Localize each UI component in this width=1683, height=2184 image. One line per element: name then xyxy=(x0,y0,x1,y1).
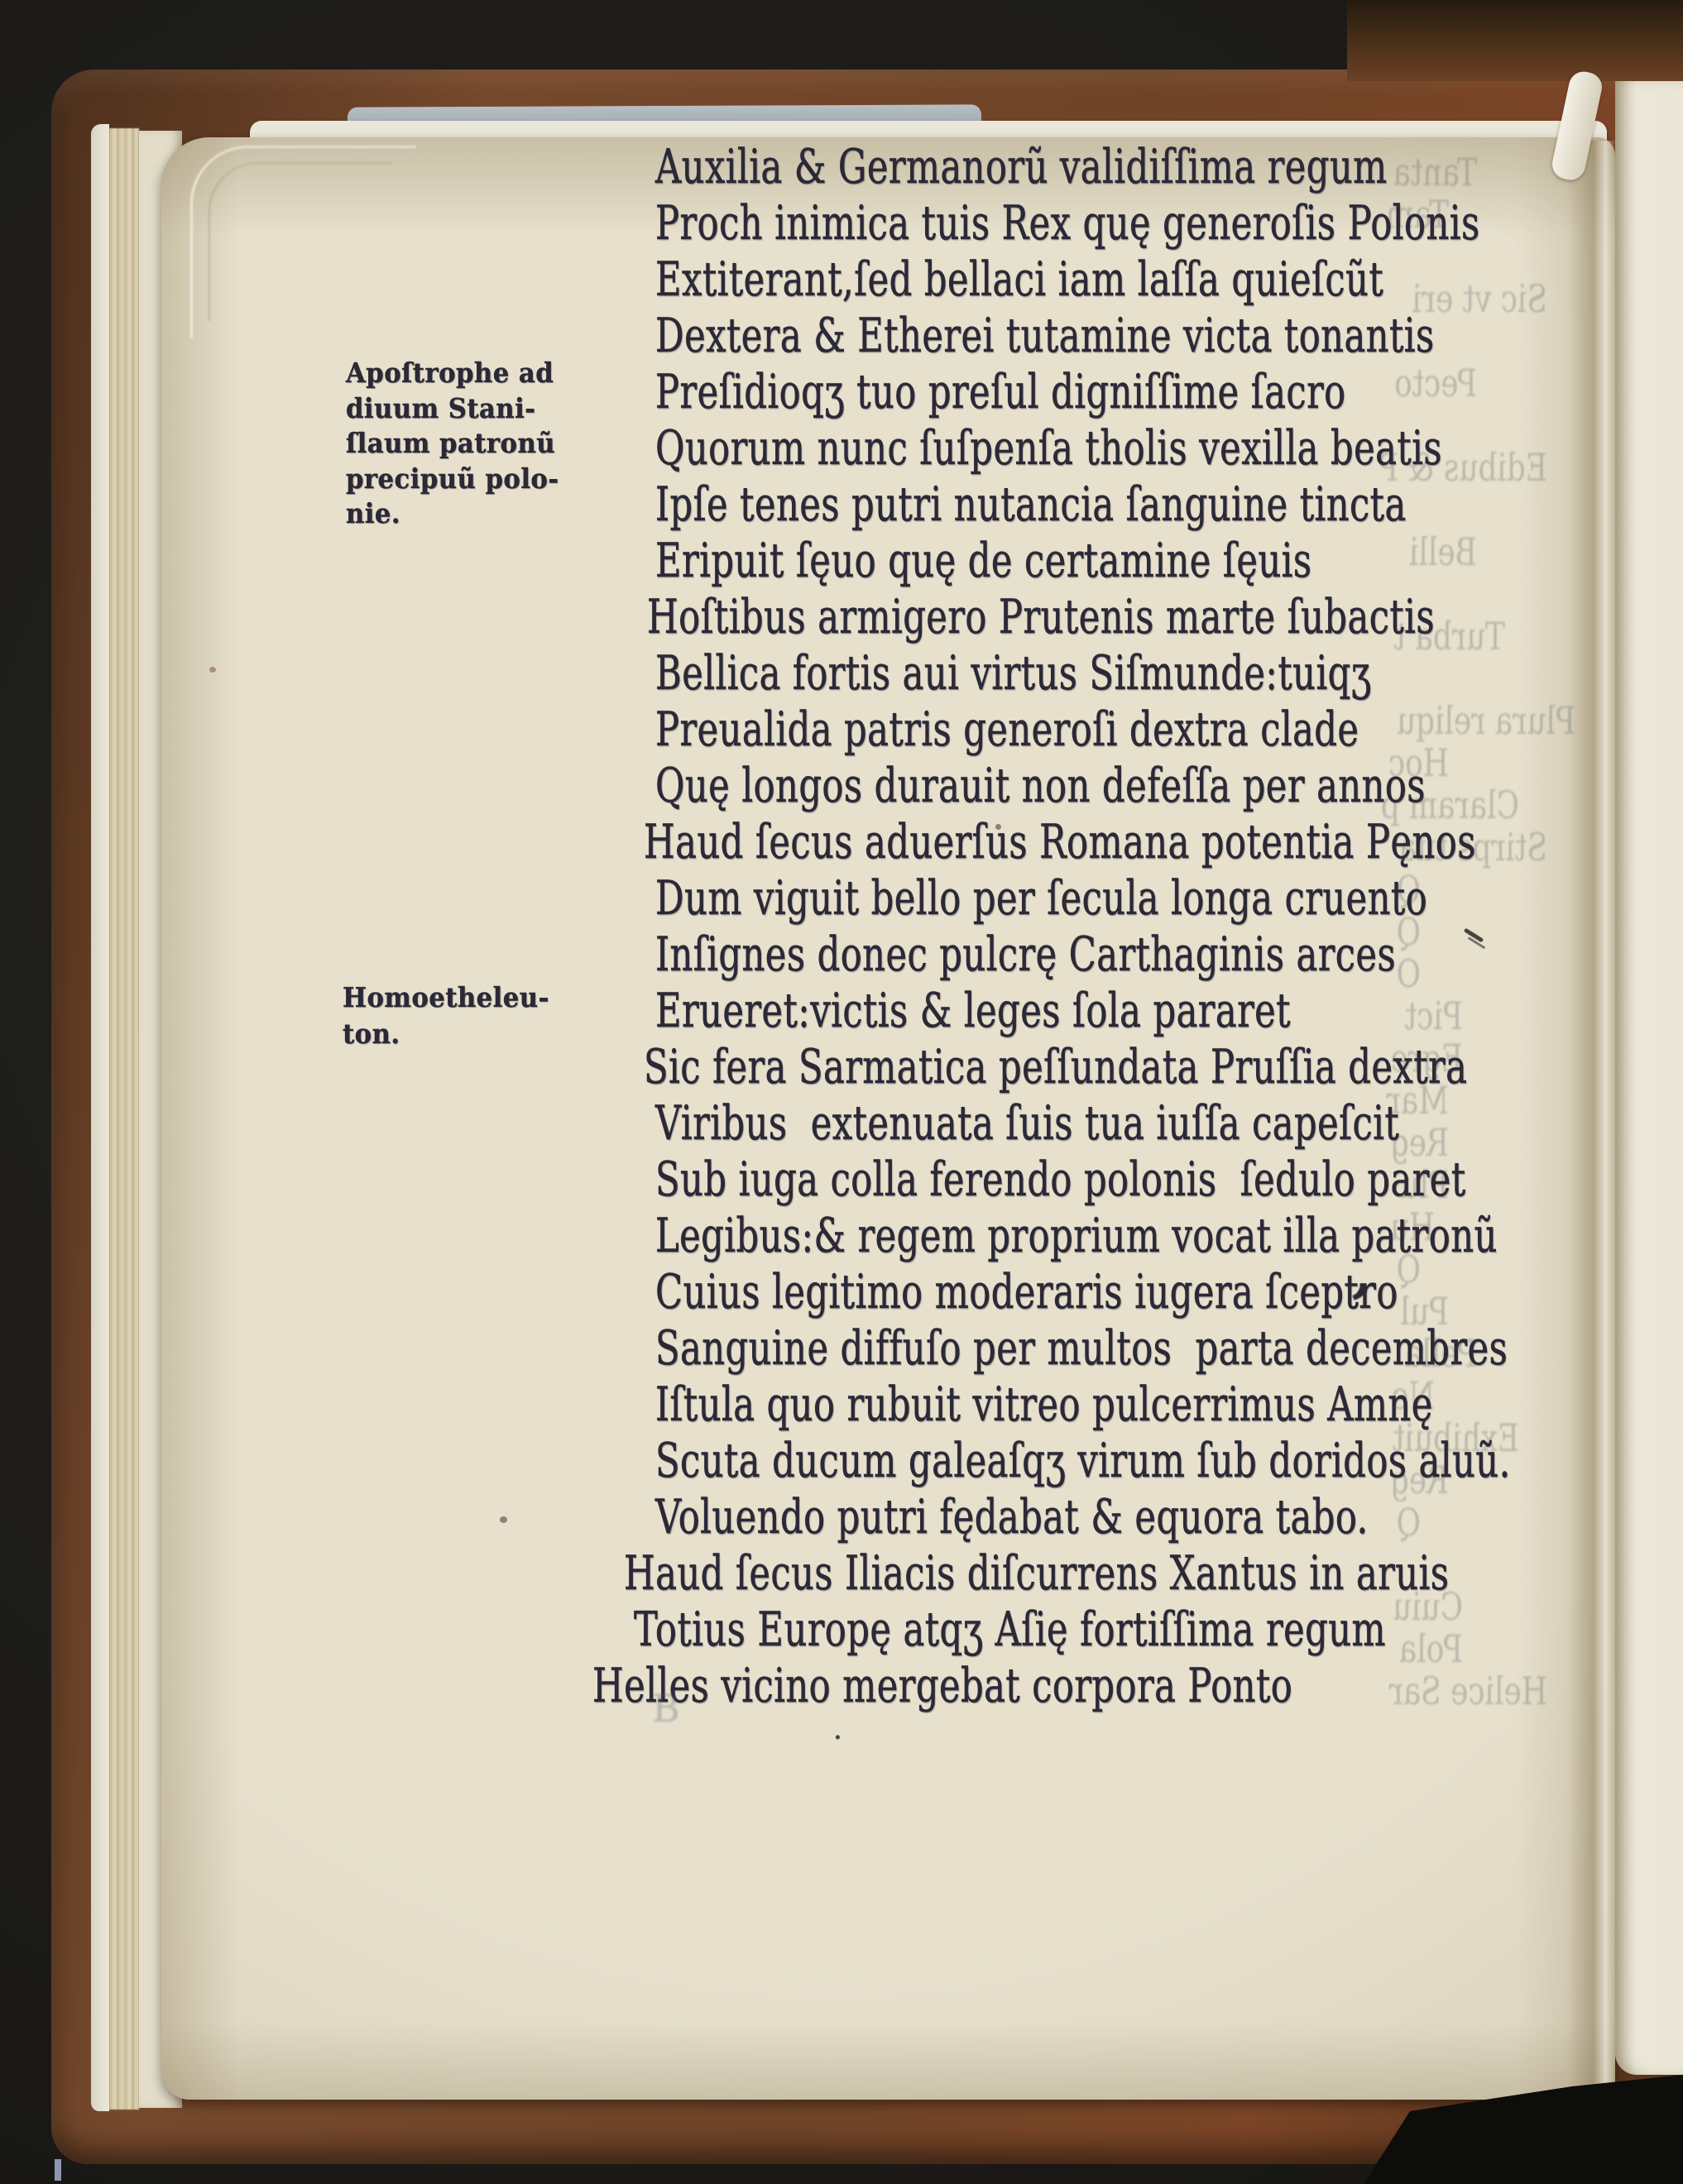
poem-line-8: Eripuit ſęuo quę de certamine ſęuis xyxy=(655,538,1311,585)
showthrough-fragment: Belli xyxy=(1409,533,1477,571)
paper-speck xyxy=(209,667,216,673)
poem-line-5: Preſidioqʒ tuo preſul digniſſime ſacro xyxy=(655,369,1346,416)
poem-line-25: Voluendo putri fędabat & equora tabo. xyxy=(655,1494,1369,1541)
poem-line-24: Scuta ducum galeaſqʒ virum ſub doridos a… xyxy=(655,1438,1511,1485)
poem-line-21: Cuius legitimo moderaris iugera ſceptro xyxy=(655,1269,1398,1316)
poem-line-27: Totius Europę atqʒ Aſię fortiſſima regum xyxy=(634,1607,1386,1654)
poem-line-19: Sub iuga colla ferendo polonis ſedulo pa… xyxy=(655,1157,1466,1204)
poem-line-11: Preualida patris generoſi dextra clade xyxy=(655,706,1359,754)
poem-line-23: Iſtula quo rubuit vitreo pulcerrimus Amn… xyxy=(655,1382,1433,1429)
showthrough-fragment: Q xyxy=(1397,1503,1421,1541)
page-stack-deckle-edge xyxy=(109,128,139,2110)
poem-line-1: Auxilia & Germanorũ validiſſima regum xyxy=(655,144,1388,191)
marginal-note-1-line-5: nie. xyxy=(346,500,400,527)
showthrough-fragment: Pict xyxy=(1405,997,1463,1035)
book-scan-photo: TantaTamSic vt eriPectoEdibus & PBelliTu… xyxy=(0,0,1683,2184)
poem-line-9: Hoſtibus armigero Prutenis marte ſubacti… xyxy=(647,594,1435,641)
poem-line-2: Proch inimica tuis Rex quę generoſis Pol… xyxy=(655,200,1480,247)
signature-mark-showthrough: B xyxy=(652,1686,680,1731)
poem-line-14: Dum viguit bello per ſecula longa cruent… xyxy=(655,875,1427,922)
marginal-note-1-line-2: diuum Stani- xyxy=(346,395,535,422)
paper-speck xyxy=(995,824,1001,830)
poem-line-17: Sic fera Sarmatica peſſundata Pruſſia de… xyxy=(644,1044,1467,1091)
poem-line-4: Dextera & Etherei tutamine victa tonanti… xyxy=(655,313,1435,360)
showthrough-fragment: Pola xyxy=(1399,1630,1463,1668)
poem-line-10: Bellica fortis aui virtus Siſmunde:tuiqʒ xyxy=(655,650,1372,697)
poem-line-26: Haud ſecus Iliacis diſcurrens Xantus in … xyxy=(624,1550,1449,1597)
showthrough-fragment: Tanta xyxy=(1393,153,1477,191)
paper-speck xyxy=(500,1516,507,1523)
page-stack-edge-white xyxy=(91,124,109,2111)
marginal-note-1-line-3: ſlaum patronũ xyxy=(346,429,555,457)
marginal-note-2-line-1: Homoetheleu- xyxy=(343,984,549,1011)
showthrough-fragment: Plura reliqu xyxy=(1397,702,1575,740)
poem-line-3: Extiterant,ſed bellaci iam laſſa quieſcũ… xyxy=(655,256,1383,304)
marginal-note-1-line-4: precipuũ polo- xyxy=(346,465,559,492)
poem-line-13: Haud ſecus aduerſus Romana potentia Pęno… xyxy=(644,819,1476,866)
facing-page-edge xyxy=(1615,81,1683,2075)
poem-line-28: Helles vicino mergebat corpora Ponto xyxy=(592,1663,1292,1710)
showthrough-fragment: Helice Sar xyxy=(1389,1672,1547,1710)
showthrough-fragment: O xyxy=(1397,955,1421,993)
bookmark-thread xyxy=(55,2159,61,2181)
page-corner-curl-shadow xyxy=(209,162,392,321)
showthrough-fragment: Pecto xyxy=(1394,364,1477,402)
poem-line-22: Sanguine diffuſo per multos parta decemb… xyxy=(655,1325,1508,1372)
stray-ink-dot: . xyxy=(832,1709,843,1747)
poem-line-7: Ipſe tenes putri nutancia ſanguine tinct… xyxy=(655,481,1407,529)
poem-line-6: Quorum nunc ſuſpenſa tholis vexilla beat… xyxy=(655,425,1442,472)
marginal-note-2-line-2: ton. xyxy=(343,1020,400,1047)
poem-line-16: Erueret:victis & leges ſola pararet xyxy=(655,988,1291,1035)
gutter-crease xyxy=(1567,141,1615,2093)
spine-top-edge xyxy=(1347,0,1683,81)
poem-line-15: Inſignes donec pulcrę Carthaginis arces xyxy=(655,932,1396,979)
poem-line-12: Quę longos durauit non defeſſa per annos xyxy=(655,763,1426,810)
poem-line-18: Viribus extenuata ſuis tua iuſſa capeſci… xyxy=(655,1100,1399,1147)
poem-line-20: Legibus:& regem proprium vocat illa patr… xyxy=(655,1213,1498,1260)
marginal-note-1-line-1: Apoſtrophe ad xyxy=(346,359,554,386)
